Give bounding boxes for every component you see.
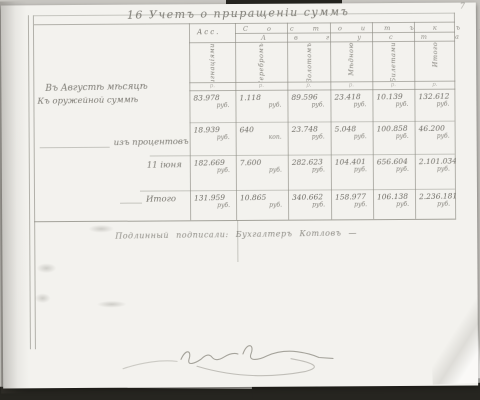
- header-band-left: Асс.: [197, 28, 220, 36]
- book-binding-shadow: [0, 1, 29, 393]
- pencil-smudge: [88, 225, 114, 233]
- table-cell: 7.600руб.: [236, 155, 288, 190]
- table-cell: 1.118руб.: [235, 90, 287, 122]
- pencil-smudge: [36, 263, 56, 273]
- row-label-3: 11 іюня: [147, 160, 182, 171]
- subheader-mark: р.: [414, 81, 455, 89]
- table-cell: 23.748руб.: [288, 121, 331, 154]
- table-cell: 131.959руб.: [190, 190, 236, 220]
- column-header-2: Серебромъ: [235, 43, 287, 82]
- page-number: 7: [460, 2, 465, 11]
- table-cell: 83.978руб.: [189, 90, 235, 122]
- signature: [119, 327, 359, 380]
- rule-line: [237, 220, 238, 262]
- subheader-mark: р.: [287, 81, 330, 89]
- section-heading: Въ Августѣ мѣсяцѣ: [45, 82, 147, 94]
- table-cell: 10.139руб.: [372, 89, 414, 121]
- table-cell: 158.977руб.: [331, 189, 373, 219]
- dash-leader: [120, 203, 142, 204]
- column-header-1: Ассигнаціями: [189, 43, 235, 82]
- pencil-smudge: [35, 293, 51, 303]
- table-cell: 2.236.181руб.: [415, 189, 456, 219]
- subheader-mark: р.: [330, 81, 372, 89]
- subheader-mark: р.: [189, 82, 235, 90]
- table-cell: 106.138руб.: [373, 189, 415, 219]
- attestation-note: Подлинный подписали: Бухгалтеръ Котловъ …: [115, 228, 357, 240]
- ledger-table-body: 83.978руб. 1.118руб. 89.596руб. 23.418ру…: [189, 89, 456, 221]
- column-header-6: Итого: [414, 42, 455, 81]
- row-label-4: Итого: [146, 194, 176, 204]
- table-cell: 282.623руб.: [288, 154, 331, 189]
- column-header-5: Билетами: [372, 42, 414, 81]
- table-cell: 2.101.034руб.: [415, 154, 456, 189]
- column-header-3: Золотомъ: [287, 42, 330, 81]
- table-cell: 104.401руб.: [331, 154, 373, 189]
- table-cell: 656.604руб.: [373, 154, 415, 189]
- table-cell: 182.669руб.: [190, 155, 236, 190]
- table-cell: 10.865руб.: [236, 190, 288, 220]
- header-band-sub: А в г у с т а: [261, 33, 466, 42]
- table-cell: 18.939руб.: [190, 122, 236, 155]
- table-cell: 340.662руб.: [288, 189, 331, 219]
- ledger-page: 16 Учетъ о приращеніи суммъ 7: [1, 3, 478, 389]
- table-cell: 132.612руб.: [414, 89, 455, 121]
- column-header-4: Мѣдною: [330, 42, 372, 81]
- table-cell: 100.858руб.: [373, 121, 415, 154]
- table-cell: 89.596руб.: [287, 89, 330, 121]
- row-label-2: изъ процентовъ: [114, 137, 189, 148]
- scanned-document: 16 Учетъ о приращеніи суммъ 7: [0, 0, 480, 400]
- table-cell: 640коп.: [236, 122, 288, 155]
- row-label-1: Къ оружейной суммѣ: [37, 95, 138, 107]
- dash-leader: [40, 147, 110, 148]
- table-cell: 23.418руб.: [330, 89, 372, 121]
- page-corner-curl: [429, 293, 480, 385]
- table-cell: 5.048руб.: [331, 121, 373, 154]
- pencil-smudge: [97, 301, 127, 308]
- subheader-mark: р.: [372, 81, 414, 89]
- table-cell: 46.200руб.: [415, 121, 456, 154]
- header-band-main: С о с т о и т ъ к ъ 1-м у: [243, 23, 480, 33]
